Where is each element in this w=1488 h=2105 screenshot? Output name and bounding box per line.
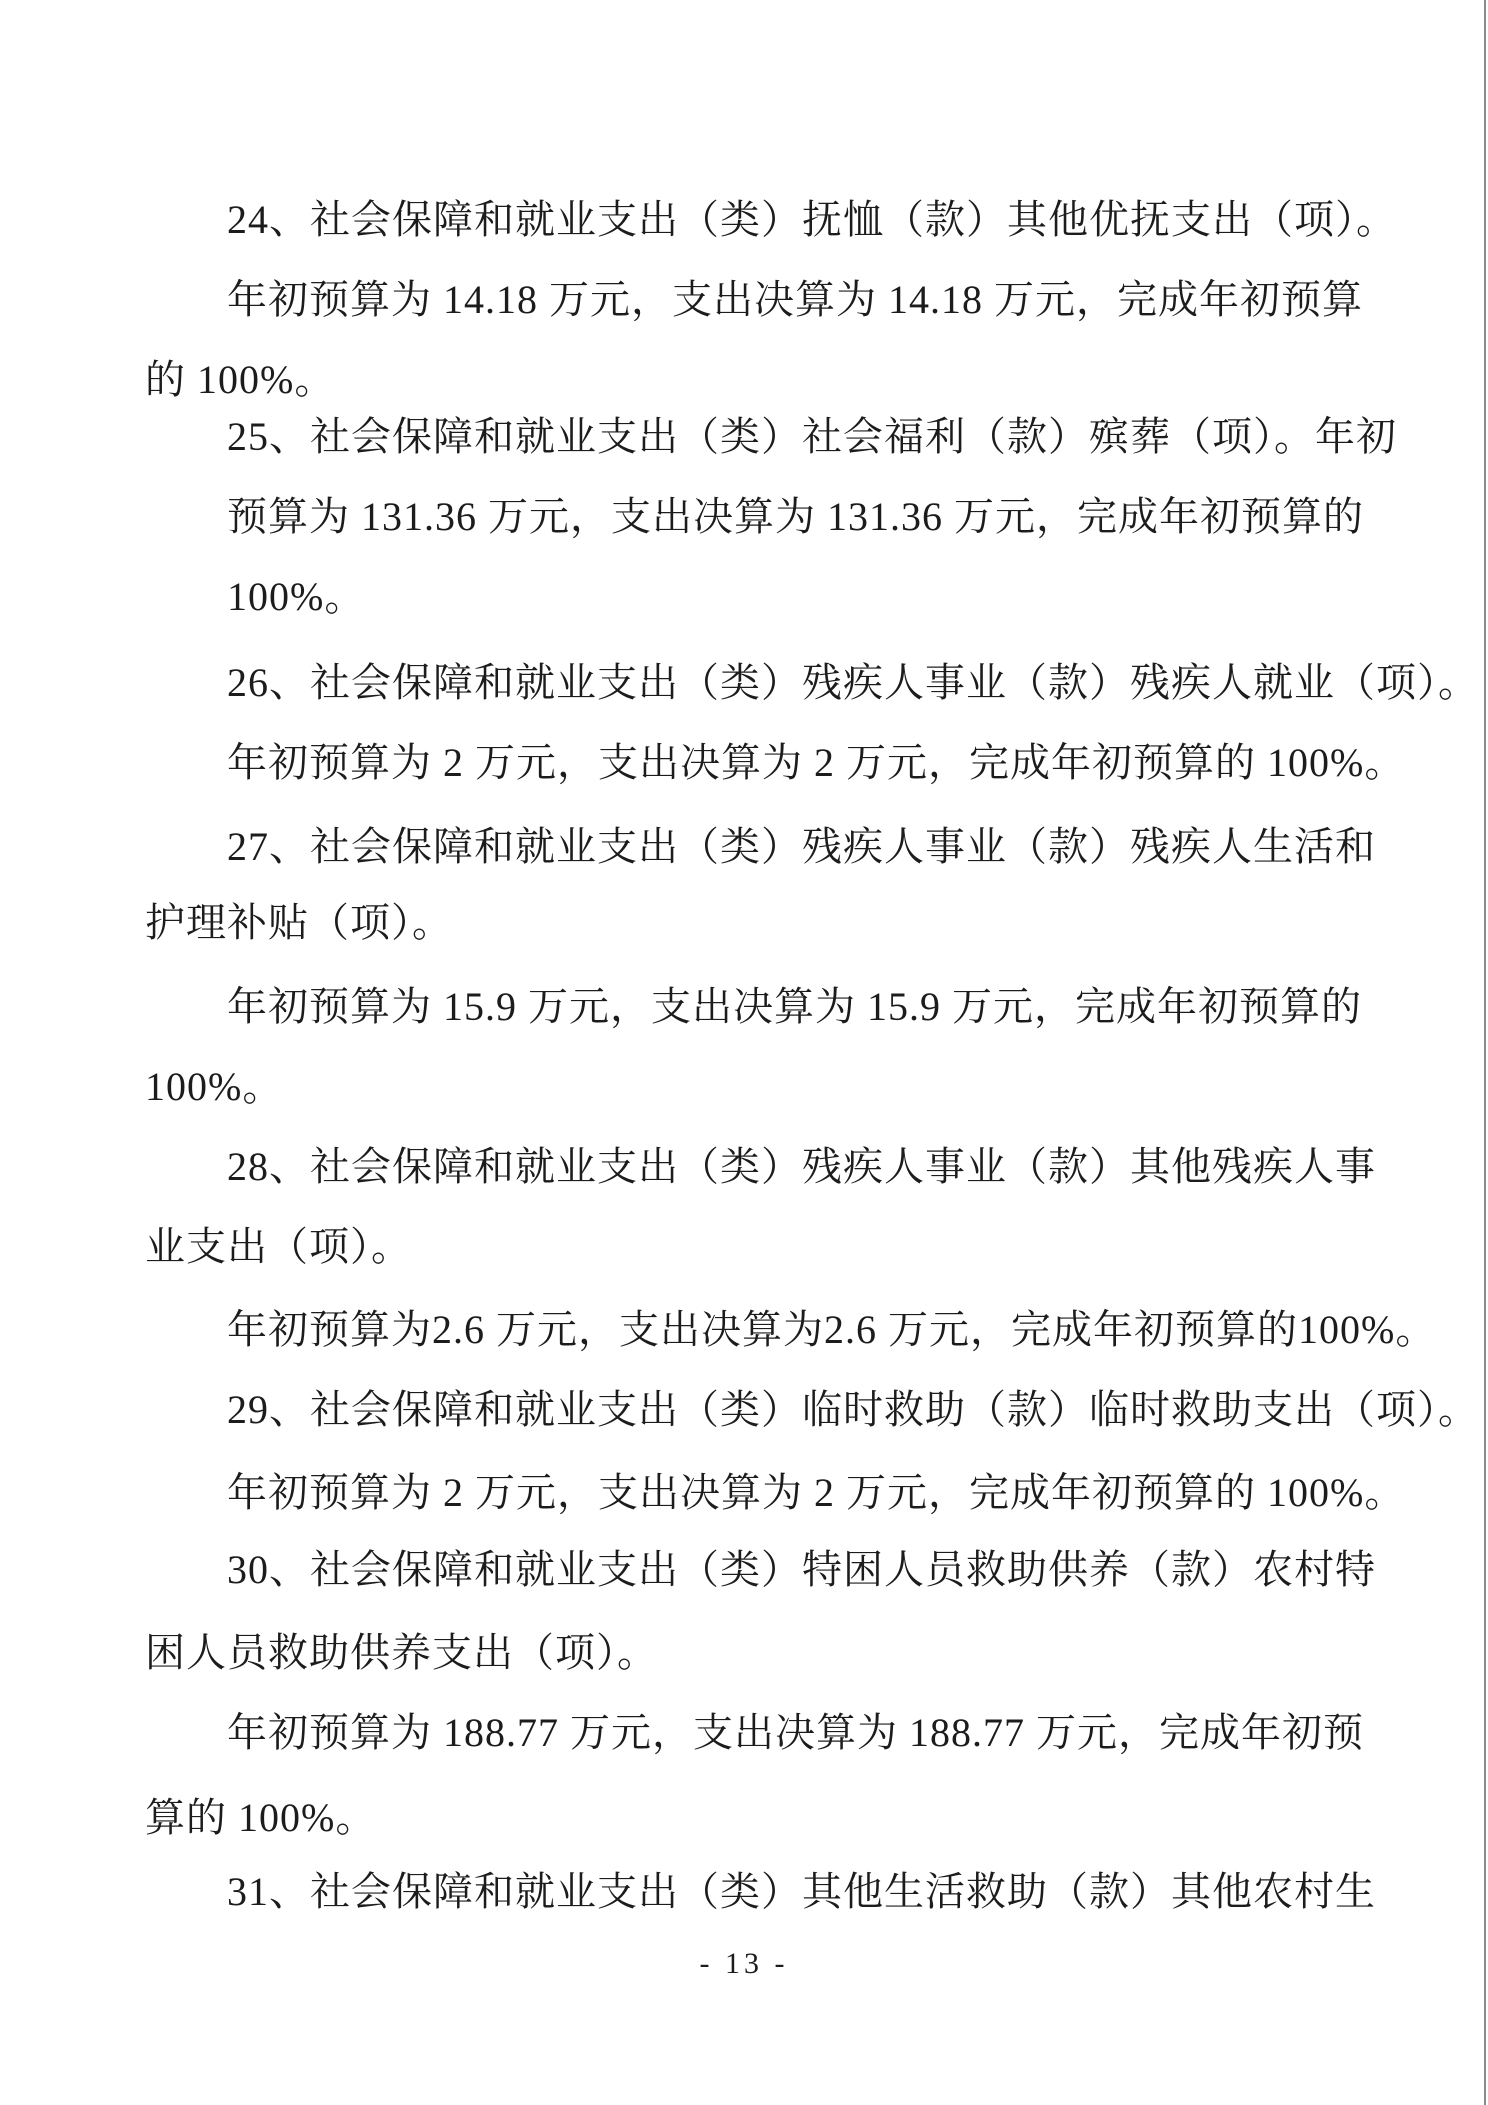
text-line: 30、社会保障和就业支出（类）特困人员救助供养（款）农村特: [145, 1542, 1376, 1598]
text-line: 100%。: [145, 1059, 283, 1115]
text-line: 年初预算为 14.18 万元，支出决算为 14.18 万元，完成年初预算: [145, 272, 1363, 328]
text-line: 算的 100%。: [145, 1790, 376, 1846]
text-line: 年初预算为 2 万元，支出决算为 2 万元，完成年初预算的 100%。: [145, 1465, 1405, 1521]
text-line: 100%。: [145, 569, 365, 625]
text-line: 年初预算为 15.9 万元，支出决算为 15.9 万元，完成年初预算的: [145, 979, 1362, 1035]
text-line: 困人员救助供养支出（项）。: [145, 1625, 658, 1681]
text-line: 护理补贴（项）。: [145, 895, 453, 951]
text-line: 31、社会保障和就业支出（类）其他生活救助（款）其他农村生: [145, 1864, 1376, 1920]
page-number: - 13 -: [0, 1940, 1488, 1988]
text-line: 的 100%。: [145, 352, 335, 408]
document-body: 24、社会保障和就业支出（类）抚恤（款）其他优抚支出（项）。 年初预算为 14.…: [145, 0, 1420, 2105]
text-line: 年初预算为2.6 万元，支出决算为2.6 万元，完成年初预算的100%。: [145, 1302, 1436, 1358]
text-line: 年初预算为 2 万元，支出决算为 2 万元，完成年初预算的 100%。: [145, 735, 1405, 791]
page-edge-line: [1484, 0, 1486, 2105]
document-page: 24、社会保障和就业支出（类）抚恤（款）其他优抚支出（项）。 年初预算为 14.…: [0, 0, 1488, 2105]
text-line: 预算为 131.36 万元，支出决算为 131.36 万元，完成年初预算的: [145, 489, 1364, 545]
text-line: 年初预算为 188.77 万元，支出决算为 188.77 万元，完成年初预: [145, 1705, 1364, 1761]
text-line: 24、社会保障和就业支出（类）抚恤（款）其他优抚支出（项）。: [145, 192, 1397, 248]
text-line: 27、社会保障和就业支出（类）残疾人事业（款）残疾人生活和: [145, 819, 1376, 875]
text-line: 28、社会保障和就业支出（类）残疾人事业（款）其他残疾人事: [145, 1139, 1376, 1195]
text-line: 29、社会保障和就业支出（类）临时救助（款）临时救助支出（项）。: [145, 1382, 1479, 1438]
text-line: 业支出（项）。: [145, 1219, 412, 1275]
text-line: 25、社会保障和就业支出（类）社会福利（款）殡葬（项）。年初: [145, 409, 1397, 465]
text-line: 26、社会保障和就业支出（类）残疾人事业（款）残疾人就业（项）。: [145, 655, 1479, 711]
